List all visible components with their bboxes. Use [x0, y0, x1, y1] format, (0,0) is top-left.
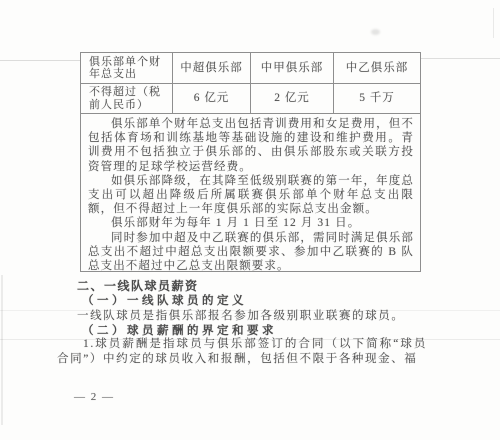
- note-paragraph-fiscal-year: 俱乐部财年为每年 1 月 1 日至 12 月 31 日。: [88, 216, 414, 230]
- scanned-document-page: 俱乐部单个财年总支出 中超俱乐部 中甲俱乐部 中乙俱乐部 不得超过（税前人民币）…: [0, 0, 500, 440]
- scan-edge-artifact: [1, 275, 3, 425]
- table-header-csl-club: 中超俱乐部: [173, 53, 251, 83]
- limit-row-label: 不得超过（税前人民币）: [81, 84, 173, 113]
- subsection-heading-player-definition: （一）一线队球员的定义: [82, 292, 247, 308]
- scan-edge-artifact: [493, 8, 494, 38]
- limit-value-league-one: 2 亿元: [251, 84, 334, 113]
- note-paragraph-dual-league: 同时参加中超及中乙联赛的俱乐部，需同时满足俱乐部总支出不超过中超总支出限额要求、…: [88, 231, 414, 274]
- scan-smudge: [371, 29, 380, 35]
- player-definition-body: 一线队球员是指俱乐部报名参加各级别职业联赛的球员。: [57, 307, 427, 323]
- expenditure-limit-table: 俱乐部单个财年总支出 中超俱乐部 中甲俱乐部 中乙俱乐部 不得超过（税前人民币）…: [80, 52, 421, 272]
- table-limit-row: 不得超过（税前人民币） 6 亿元 2 亿元 5 千万: [81, 84, 420, 114]
- page-number: — 2 —: [74, 391, 115, 403]
- table-notes: 俱乐部单个财年总支出包括青训费用和女足费用，但不包括体育场和训练基地等基础设施的…: [81, 114, 420, 273]
- limit-value-league-two: 5 千万: [334, 84, 420, 113]
- subsection-heading-salary-definition: （二）球员薪酬的界定和要求: [82, 322, 277, 338]
- limit-value-csl: 6 亿元: [173, 84, 251, 113]
- table-header-league-two-club: 中乙俱乐部: [334, 53, 420, 83]
- salary-definition-body: 1.球员薪酬是指球员与俱乐部签订的合同（以下简称“球员合同”）中约定的球员收入和…: [57, 337, 427, 368]
- table-header-league-one-club: 中甲俱乐部: [251, 53, 334, 83]
- table-header-row: 俱乐部单个财年总支出 中超俱乐部 中甲俱乐部 中乙俱乐部: [81, 53, 420, 84]
- table-header-total-expenditure: 俱乐部单个财年总支出: [81, 53, 173, 83]
- note-paragraph-expenditure-scope: 俱乐部单个财年总支出包括青训费用和女足费用，但不包括体育场和训练基地等基础设施的…: [88, 117, 414, 174]
- scan-artifact-line: [0, 60, 80, 61]
- note-paragraph-relegation: 如俱乐部降级，在其降至低级别联赛的第一年，年度总支出可以超出降级后所属联赛俱乐部…: [88, 174, 414, 217]
- scan-artifact-line: [421, 58, 500, 59]
